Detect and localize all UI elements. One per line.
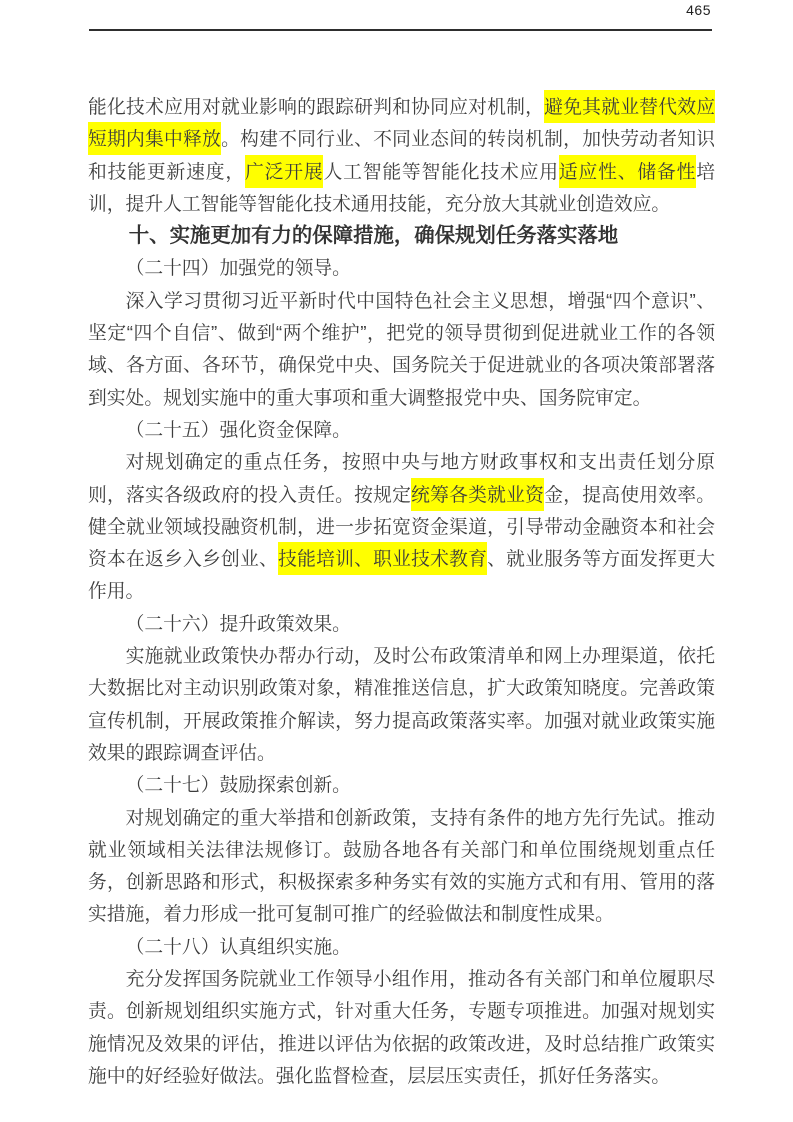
text-run: 对规划确定的重大举措和创新政策，支持有条件的地方先行先试。推动就业领域相关法律法… — [88, 807, 715, 925]
text-run: （二十七）鼓励探索创新。 — [126, 774, 351, 795]
paragraph: 实施就业政策快办帮办行动，及时公布政策清单和网上办理渠道，依托大数据比对主动识别… — [88, 640, 715, 769]
highlighted-text: 统筹各类就业资 — [411, 478, 544, 511]
section-heading: 十、实施更加有力的保障措施，确保规划任务落实落地 — [88, 220, 715, 252]
text-run: （二十四）加强党的领导。 — [126, 257, 351, 278]
paragraph: （二十五）强化资金保障。 — [88, 414, 715, 446]
highlighted-text: 技能培训、职业技术教育 — [278, 542, 487, 575]
paragraph: 能化技术应用对就业影响的跟踪研判和协同应对机制，避免其就业替代效应短期内集中释放… — [88, 91, 715, 220]
text-run: （二十八）认真组织实施。 — [126, 936, 351, 957]
document-content: 能化技术应用对就业影响的跟踪研判和协同应对机制，避免其就业替代效应短期内集中释放… — [88, 91, 715, 1092]
text-run: 实施就业政策快办帮办行动，及时公布政策清单和网上办理渠道，依托大数据比对主动识别… — [88, 645, 715, 763]
paragraph: （二十七）鼓励探索创新。 — [88, 769, 715, 801]
paragraph: （二十六）提升政策效果。 — [88, 608, 715, 640]
text-run: 深入学习贯彻习近平新时代中国特色社会主义思想，增强“四个意识”、坚定“四个自信”… — [88, 290, 715, 408]
highlighted-text: 广泛开展 — [245, 155, 323, 188]
highlighted-text: 适应性、储备性 — [559, 155, 696, 188]
text-run: 能化技术应用对就业影响的跟踪研判和协同应对机制， — [88, 96, 544, 117]
paragraph: （二十四）加强党的领导。 — [88, 252, 715, 284]
page-number: 465 — [686, 2, 711, 18]
text-run: 十、实施更加有力的保障措施，确保规划任务落实落地 — [129, 225, 618, 247]
header-rule — [89, 29, 712, 31]
paragraph: 对规划确定的重大举措和创新政策，支持有条件的地方先行先试。推动就业领域相关法律法… — [88, 802, 715, 931]
text-run: （二十五）强化资金保障。 — [126, 419, 351, 440]
text-run: （二十六）提升政策效果。 — [126, 613, 351, 634]
text-run: 充分发挥国务院就业工作领导小组作用，推动各有关部门和单位履职尽责。创新规划组织实… — [88, 968, 715, 1086]
paragraph: 充分发挥国务院就业工作领导小组作用，推动各有关部门和单位履职尽责。创新规划组织实… — [88, 963, 715, 1092]
paragraph: 对规划确定的重点任务，按照中央与地方财政事权和支出责任划分原则，落实各级政府的投… — [88, 446, 715, 607]
paragraph: 深入学习贯彻习近平新时代中国特色社会主义思想，增强“四个意识”、坚定“四个自信”… — [88, 285, 715, 414]
text-run: 人工智能等智能化技术应用 — [323, 161, 558, 182]
paragraph: （二十八）认真组织实施。 — [88, 931, 715, 963]
